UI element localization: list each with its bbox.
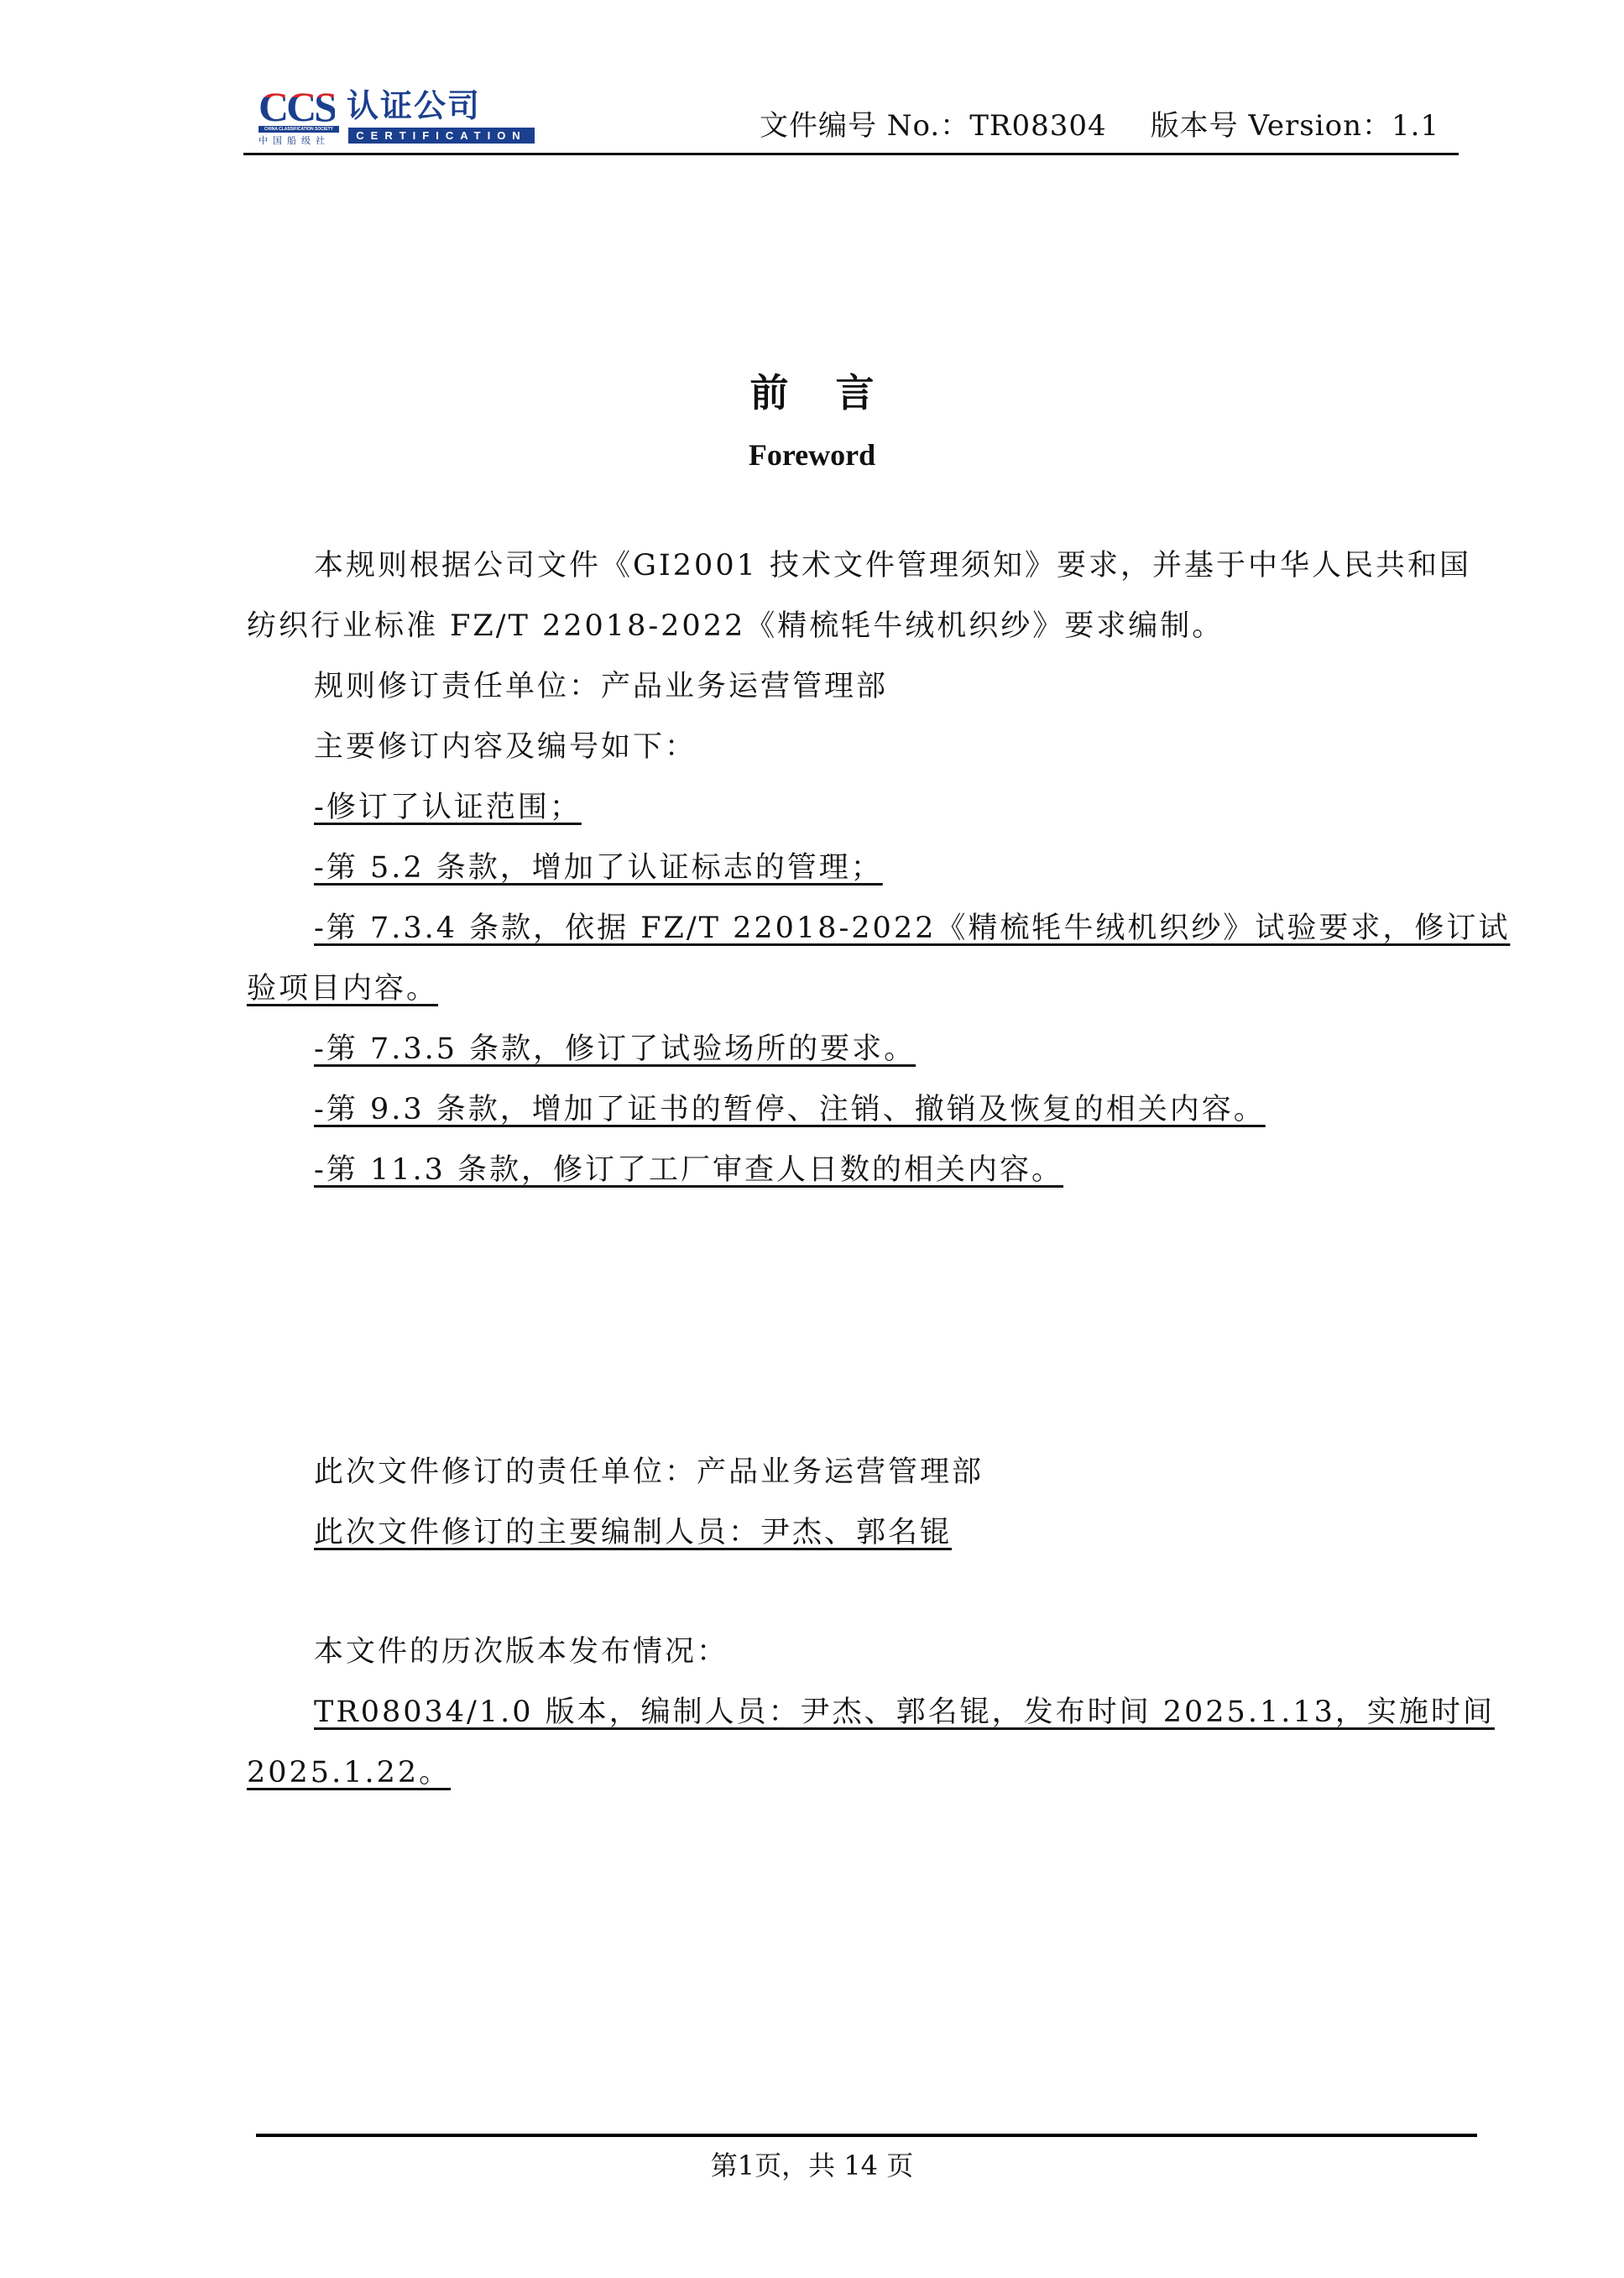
version-label: 版本号 Version： <box>1151 109 1392 143</box>
revision-authors: 此次文件修订的主要编制人员：尹杰、郭名锟 <box>314 1514 952 1551</box>
footer-divider <box>256 2134 1477 2137</box>
revision-item: -第 9.3 条款，增加了证书的暂停、注销、撤销及恢复的相关内容。 <box>314 1091 1266 1128</box>
logo-company-en: CERTIFICATION <box>348 128 535 144</box>
document-page: CCS CHINA CLASSIFICATION SOCIETY 中国船级社 认… <box>0 0 1624 2278</box>
intro-paragraph-line-1: 本规则根据公司文件《GI2001 技术文件管理须知》要求，并基于中华人民共和国 <box>314 547 1459 584</box>
header-divider <box>243 153 1459 155</box>
document-meta: 文件编号 No.：TR08304版本号 Version：1.1 <box>760 109 1439 143</box>
revision-item: -修订了认证范围； <box>314 789 582 826</box>
logo-ccs-mark: CCS <box>258 87 335 126</box>
history-entry-line-2: 2025.1.22。 <box>247 1754 451 1791</box>
revision-unit: 此次文件修订的责任单位：产品业务运营管理部 <box>314 1454 984 1491</box>
logo-brand-text: CCS <box>258 83 335 130</box>
ccs-certification-logo: CCS CHINA CLASSIFICATION SOCIETY 中国船级社 认… <box>258 87 552 146</box>
version-number: 1.1 <box>1392 109 1439 143</box>
revision-item: -第 7.3.5 条款，修订了试验场所的要求。 <box>314 1031 916 1068</box>
doc-number-label: 文件编号 No.： <box>760 109 969 143</box>
revision-item: -第 7.3.4 条款，依据 FZ/T 22018-2022《精梳牦牛绒机织纱》… <box>314 910 1459 947</box>
page-number: 第1页，共 14 页 <box>0 2149 1624 2182</box>
intro-paragraph-line-2: 纺织行业标准 FZ/T 22018-2022《精梳牦牛绒机织纱》要求编制。 <box>247 608 1224 645</box>
revision-item-continued: 验项目内容。 <box>247 970 438 1007</box>
doc-number: TR08304 <box>969 109 1106 143</box>
logo-society-en: CHINA CLASSIFICATION SOCIETY <box>258 126 339 133</box>
history-entry-line-1: TR08034/1.0 版本，编制人员：尹杰、郭名锟，发布时间 2025.1.1… <box>314 1694 1459 1731</box>
revision-item: -第 5.2 条款，增加了认证标志的管理； <box>314 849 883 886</box>
logo-society-cn: 中国船级社 <box>258 133 330 147</box>
revisions-heading: 主要修订内容及编号如下： <box>314 729 697 765</box>
history-heading: 本文件的历次版本发布情况： <box>314 1633 728 1670</box>
logo-company-cn: 认证公司 <box>347 87 481 124</box>
page-title-cn: 前言 <box>0 369 1624 416</box>
responsible-unit: 规则修订责任单位：产品业务运营管理部 <box>314 668 888 705</box>
page-title-en: Foreword <box>0 436 1624 473</box>
revision-item: -第 11.3 条款，修订了工厂审查人日数的相关内容。 <box>314 1152 1063 1189</box>
